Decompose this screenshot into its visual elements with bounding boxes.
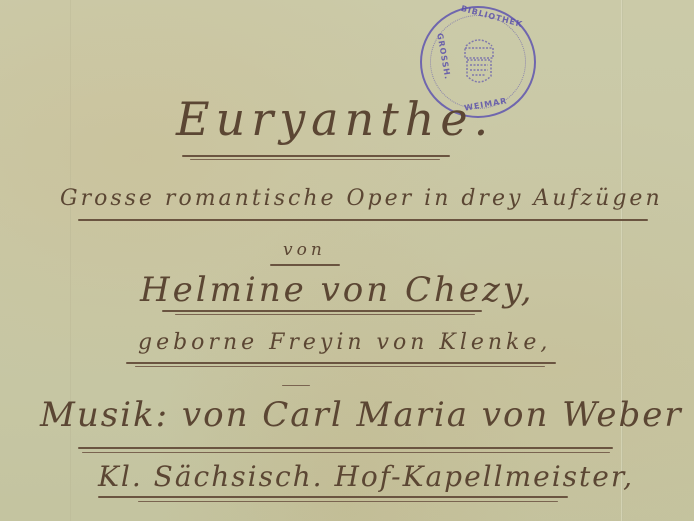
- subtitle-underline: [78, 219, 648, 221]
- paper-fold: [621, 0, 623, 521]
- note-underline-2: [135, 366, 545, 367]
- subtitle: Grosse romantische Oper in drey Aufzügen: [60, 186, 663, 211]
- opera-title: Euryanthe.: [176, 92, 494, 146]
- separator-dash: [282, 385, 310, 386]
- by-underline: [270, 264, 340, 266]
- composer-title-underline: [98, 496, 568, 498]
- composer-underline-2: [82, 452, 610, 453]
- composer-title-underline-2: [138, 501, 558, 502]
- paper-crease: [70, 0, 71, 521]
- by-label: von: [283, 240, 326, 260]
- librettist-note: geborne Freyin von Klenke,: [138, 330, 551, 355]
- composer-underline: [78, 447, 613, 449]
- librettist-underline: [162, 310, 482, 312]
- librettist-underline-2: [175, 314, 475, 315]
- composer-title: Kl. Sächsisch. Hof-Kapellmeister,: [98, 460, 634, 493]
- coat-of-arms-icon: [458, 32, 500, 90]
- note-underline: [126, 362, 556, 364]
- librettist: Helmine von Chezy,: [140, 270, 534, 310]
- title-underline: [182, 155, 450, 157]
- manuscript-page: BIBLIOTHEK GROSSH. WEIMAR Euryanthe. Gro…: [0, 0, 694, 521]
- title-underline-2: [190, 159, 440, 160]
- composer-line: Musik: von Carl Maria von Weber: [40, 395, 683, 435]
